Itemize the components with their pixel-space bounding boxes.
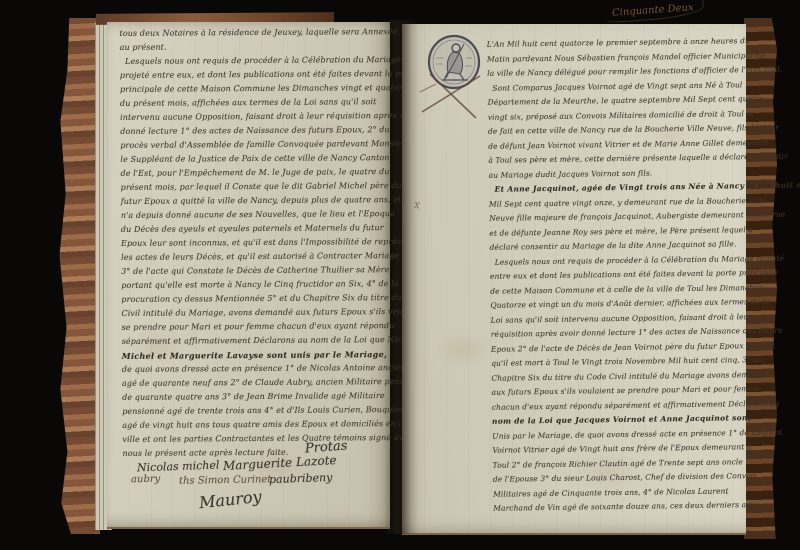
left-page-text: tous deux Notaires à la résidence de Jeu…: [119, 25, 386, 461]
signature-officer-flourish: Mauroy: [198, 487, 262, 512]
page-number-annotation: Cinquante Deux: [612, 2, 694, 19]
signature-paubribeny: paubribeny: [269, 471, 333, 486]
signature-curinet: ths Simon Curinet: [179, 474, 272, 487]
manuscript-photo: tous deux Notaires à la résidence de Jeu…: [0, 0, 800, 550]
page-block-edge-left: [56, 18, 100, 534]
right-page-text: L'An Mil huit cent quatorze le premier s…: [487, 34, 748, 516]
manuscript-line: Marchand de Vin agé de soixante douze an…: [493, 498, 747, 516]
revenue-stamp-icon: [420, 30, 486, 122]
signature-aubry: aubry: [131, 474, 160, 486]
manuscript-line: tous deux Notaires à la résidence de Jeu…: [119, 25, 383, 41]
signature-nicolas-michel: Nicolas michel: [137, 459, 220, 475]
left-page: tous deux Notaires à la résidence de Jeu…: [107, 22, 390, 529]
